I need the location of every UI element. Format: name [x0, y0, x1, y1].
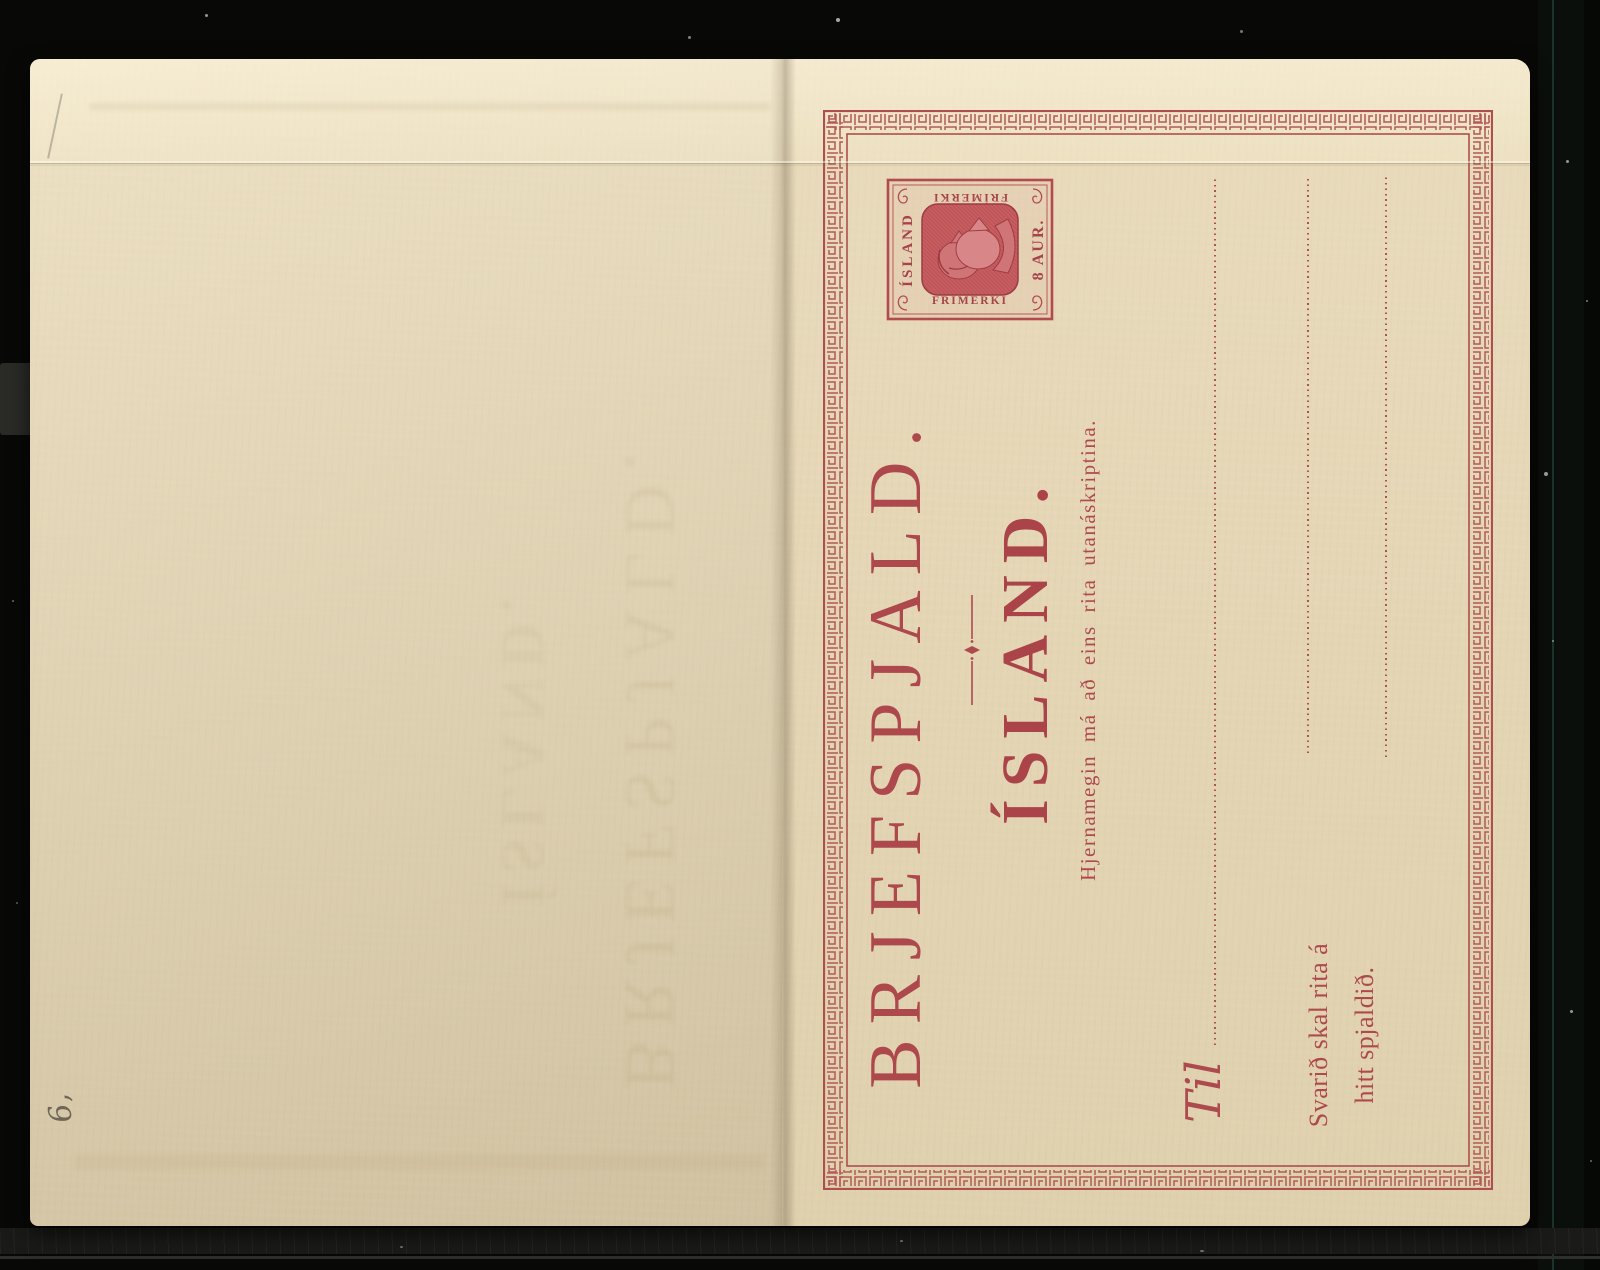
ghost-title-impression: BRJEFSPJALD. [602, 411, 698, 1117]
background-bottom-strip [0, 1228, 1600, 1254]
background-bottom-line [0, 1256, 1600, 1259]
dust-speck [1570, 1010, 1573, 1013]
address-side-instruction: Hjernamegin má að eins rita utanáskripti… [1076, 134, 1101, 1166]
ghost-border-impression-top [90, 103, 770, 110]
dust-speck [1200, 1250, 1204, 1252]
dust-speck [1240, 30, 1243, 33]
dust-speck [688, 36, 691, 39]
stamp-country-label: ÍSLAND [899, 212, 916, 287]
background-teal-line [1552, 0, 1554, 1270]
dust-speck [900, 1240, 903, 1242]
dust-speck [400, 1246, 403, 1248]
dust-speck [836, 18, 840, 22]
dust-speck [1590, 1160, 1592, 1162]
divider-ornament [962, 595, 982, 705]
address-line-2 [1307, 177, 1310, 753]
dust-speck [1566, 160, 1569, 163]
card-country-heading: ÍSLAND. [988, 134, 1064, 1166]
background-right-dark-column [1584, 0, 1600, 1270]
card-title: BRJEFSPJALD. [854, 336, 939, 1166]
reply-instruction-line-2: hitt spjaldið. [1342, 915, 1388, 1155]
background-right-band [1538, 0, 1600, 1270]
dust-speck [1544, 472, 1548, 476]
ghost-border-impression [75, 1155, 765, 1169]
reply-instruction-line-1: Svarið skal rita á [1296, 915, 1342, 1155]
dust-speck [1586, 300, 1588, 302]
photo-background: BRJEFSPJALD. ÍSLAND. 6, [0, 0, 1600, 1270]
printed-card-face: ÍSLAND FRÍMERKI FRÍMERKI 8 AUR. BRJEFSPJ… [790, 61, 1528, 1227]
to-label: Til [1176, 1060, 1232, 1123]
dust-speck [16, 902, 18, 904]
pencil-annotation: 6, [41, 1091, 80, 1125]
fold-crease [30, 161, 1530, 166]
dust-speck [1552, 640, 1554, 642]
address-line-1 [1214, 177, 1217, 1045]
dust-speck [205, 14, 208, 17]
address-line-3 [1385, 177, 1388, 757]
reply-instruction: Svarið skal rita á hitt spjaldið. [1296, 915, 1388, 1155]
dust-speck [12, 600, 14, 602]
ghost-country-impression: ÍSLAND. [482, 537, 562, 957]
